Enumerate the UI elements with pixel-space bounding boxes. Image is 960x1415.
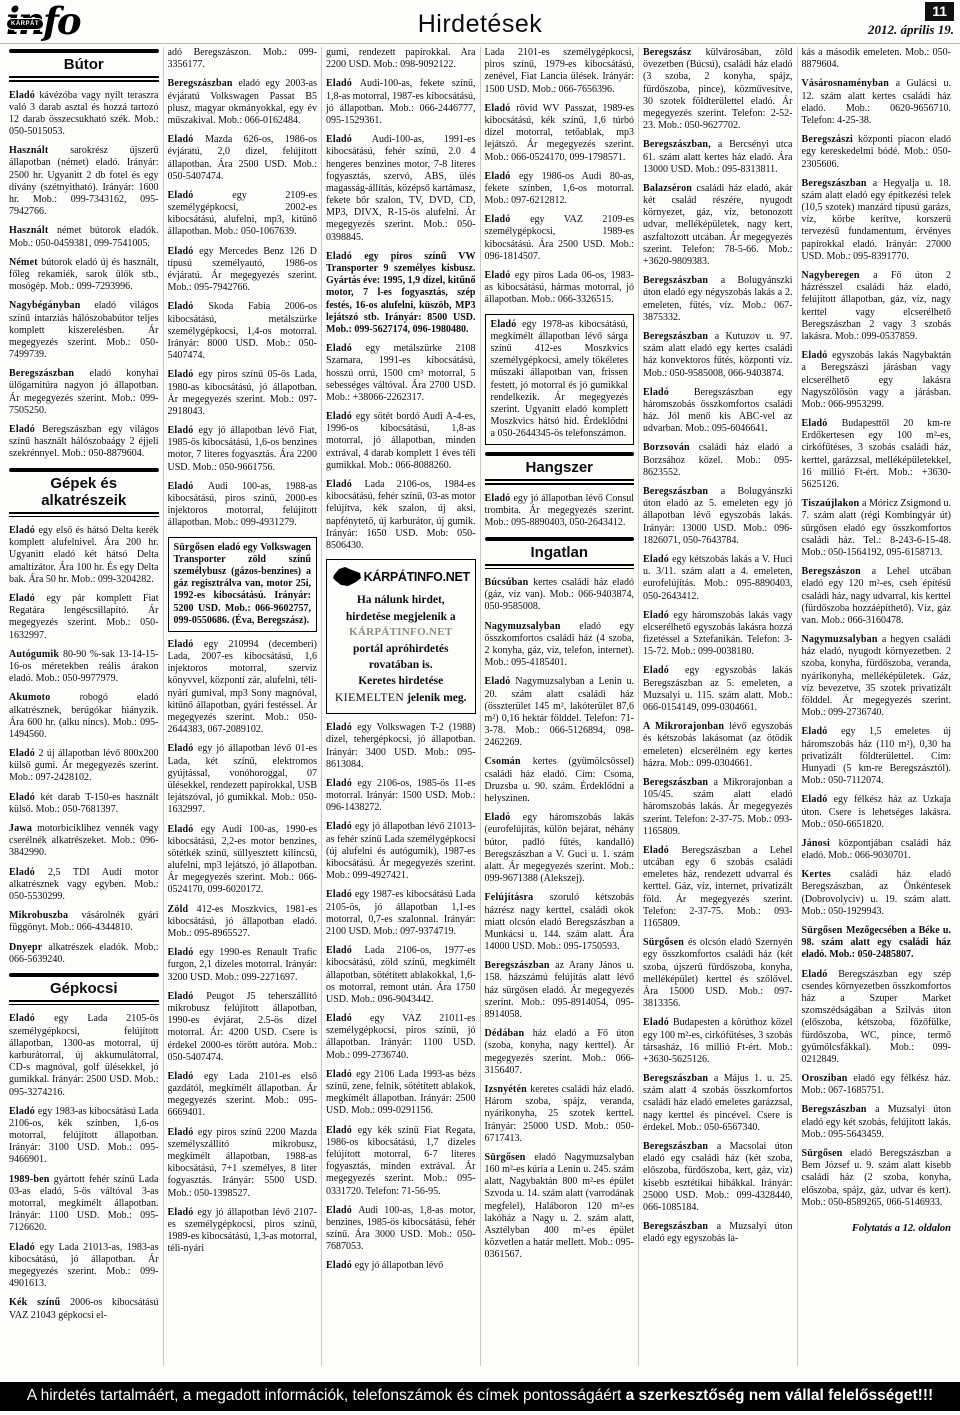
classified-ad: Eladó kávézóba vagy nyílt teraszra való … [9,90,159,139]
column-3: gumi, rendezett papírokkal. Ára 2200 USD… [321,47,480,1366]
classified-ad: kás a második emeleten. Mob.: 050-887960… [802,47,952,71]
ad-lead-word: Zöld [168,904,197,915]
disclaimer-bar: A hirdetés tartalmáért, a megadott infor… [0,1382,960,1411]
section-label: Hangszer [485,458,635,481]
promo-line: KIEMELTEN jelenik meg. [331,691,471,705]
classified-ad: Eladó egy Volkswagen T-2 (1988) dízel, t… [326,722,476,771]
column-2: adó Beregszászon. Mob.: 099-3356177.Bere… [163,47,322,1366]
ad-lead-word: Eladó [168,1207,198,1218]
page-number: 11 [925,2,954,21]
classified-ad: Beregszászban a Kutuzov u. 97. szám alat… [643,331,793,380]
ad-lead-word: Eladó [643,845,681,856]
ad-lead-word: Eladó [168,134,206,145]
ad-lead-word: Jánosi [802,838,839,849]
classified-ad: Beregszászban a Macsolai úton eladó egy … [643,1141,793,1214]
classified-ad: Beregszászi központi piacon eladó egy ke… [802,134,952,171]
ad-lead-word: Eladó [485,676,516,687]
ad-lead-word: Tiszaújlakon [802,498,863,509]
ad-lead-word: Eladó [485,493,514,504]
ad-lead-word: Eladó [168,1071,204,1082]
ad-lead-word: Eladó [168,991,207,1002]
header-right: 11 2012. április 19. [704,2,954,38]
classified-ad: Felújításra szoruló kétszobás házrész na… [485,892,635,953]
ad-lead-word: Eladó [168,369,199,380]
disclaimer-text: A hirdetés tartalmáért, a megadott infor… [27,1387,626,1404]
ad-lead-word: Eladó [168,246,200,257]
classified-ad: Jánosi központjában családi ház eladó. M… [802,838,952,862]
classified-ad: Eladó egy jó állapotban lévő 2107-es sze… [168,1207,318,1256]
ad-lead-word: Dnyepr [9,942,48,953]
classified-ad: Eladó egy jó állapotban lévő 01-es Lada,… [168,743,318,816]
ad-lead-word: Eladó [9,1013,54,1024]
column-6: kás a második emeleten. Mob.: 050-887960… [797,47,956,1366]
classified-ad: Beregszászban a Mikrorajonban a 105/45. … [643,777,793,838]
ad-lead-word: Eladó [643,610,673,621]
ad-lead-word: Beregszászban [643,1073,714,1084]
ad-lead-word: Borzsován [643,442,699,453]
classified-ad: Nagyberegen a Fő úton 2 házrésszel csalá… [802,270,952,343]
ad-lead-word: Használt [9,145,70,156]
ad-lead-word: Eladó [326,722,357,733]
classified-ad: Eladó Lada 2106-os, 1977-es kibocsátású,… [326,945,476,1006]
classified-ad: Eladó egy 1986-os Audi 80-as, fekete szí… [485,171,635,208]
classified-ad: Eladó egy egyszobás lakás Beregszászban … [643,665,793,714]
classified-ad: Eladó Audi-100-as, fekete színű, 1,8-as … [326,78,476,127]
ad-lead-word: Beregszászban [643,486,721,497]
column-1: BútorEladó kávézóba vagy nyílt teraszra … [5,47,163,1366]
ad-lead-word: Eladó [9,424,42,435]
ad-lead-word: Orosziban [802,1073,854,1084]
section-rule-top [9,973,159,977]
promo-logo-text: KÁRPÁTINFO.NET [364,570,470,584]
ad-lead-word: Eladó [9,748,39,759]
classified-ad: Eladó egy jó állapotban lévő Fiat, 1985-… [168,425,318,474]
ad-lead-word: Sürgősen [485,1152,535,1163]
classified-ad: Beregszászban a Május 1. u. 25. szám ala… [643,1073,793,1134]
classified-ad: Dnyepr alkatrészek eladók. Mob.: 066-563… [9,942,159,966]
section-label: Ingatlan [485,543,635,566]
classified-ad: Eladó egy 1987-es kibocsátású Lada 2105-… [326,889,476,938]
ad-lead-word: Eladó [9,593,46,604]
column-4: Lada 2101-es személygépkocsi, piros szín… [480,47,639,1366]
ad-lead-word: Eladó [802,350,833,361]
karpatinfo-net-logo: KÁRPÁTINFO.NET [331,566,471,588]
ad-lead-word: Eladó [802,418,842,429]
ad-lead-word: Beregszászban [643,275,721,286]
classified-ad: Eladó Skoda Fabia 2006-os kibocsátású, m… [168,301,318,362]
column-5: Beregszász külvárosában, zöld övezetben … [638,47,797,1366]
section-label: Bútor [9,55,159,78]
classified-ad: Izsnyétén keretes családi ház eladó. Hár… [485,1084,635,1145]
ad-lead-word: Beregszászban [802,1104,876,1115]
classified-ad: Eladó egy háromszobás lakás (eurofelújít… [485,812,635,885]
classified-ad: Beregszászban a Bolugyánszki úton eladó … [643,275,793,324]
classified-ad: Eladó Mazda 626-os, 1986-os évjáratú, 2,… [168,134,318,183]
page-title: Hirdetések [256,2,704,39]
classified-ad: Mikrobuszba vásárolnék gyári függönyt. M… [9,910,159,934]
classified-ad: Nagybégányban eladó világos színű intarz… [9,300,159,361]
ad-lead-word: Nagymuzsalyban [802,634,882,645]
classified-ad: Eladó egy háromszobás lakás vagy elcseré… [643,610,793,659]
classified-ad: Eladó Audi 100-as, 1,8-as motor, benzine… [326,1205,476,1254]
ad-lead-word: Eladó [326,1125,358,1136]
classified-ad: Eladó egy Mercedes Benz 126 D típusú sze… [168,246,318,295]
section-rule-bottom [9,516,159,518]
page-header: info KÁRPÁT Hirdetések 11 2012. április … [0,0,960,44]
ad-lead-word: Eladó [9,867,48,878]
section-label: Gépek és alkatrészeik [9,474,159,514]
promo-line: hirdetése megjelenik a [331,610,471,624]
classified-ad: Eladó egy kétszobás lakás a V. Huci u. 3… [643,554,793,603]
ad-lead-word: Beregszászban [643,331,715,342]
ad-lead-word: Búcsúban [485,577,534,588]
classified-ad: Beregszászban eladó konyhai ülőgarnitúra… [9,368,159,417]
classified-ad: Eladó egy VAZ 2109-es személygépkocsi, 1… [485,214,635,263]
classified-ad: A Mikrorajonban lévő egyszobás és kétszo… [643,721,793,770]
ad-lead-word: Vásárosnaményban [802,78,896,89]
ad-lead-word: Eladó [643,665,685,676]
classified-ad: Beregszászon a Lehel utcában eladó egy 1… [802,566,952,627]
promo-site: KÁRPÁTINFO.NET [331,626,471,640]
ad-lead-word: Eladó [9,90,39,101]
classified-ad: Eladó egy jó állapotban lévő 21013-as fe… [326,821,476,882]
ad-lead-word: Eladó [168,743,198,754]
classified-ad: Eladó egy 1990-es Renault Trafic furgon,… [168,947,318,984]
ad-lead-word: Eladó [491,319,523,330]
classified-ad: Akumoto robogó eladó alkatrésznek, berúg… [9,692,159,741]
ad-lead-word: Nagyberegen [802,270,874,281]
classified-ad: Eladó egy 210994 (decemberi) Lada, 2007-… [168,639,318,737]
classified-ad: Eladó egy 2106 Lada 1993-as bézs színű, … [326,1069,476,1118]
ad-lead-word: Nagymuzsalyban [485,621,580,632]
ad-lead-word: Eladó [485,171,519,182]
classified-ad: Eladó egy félkész ház az Uzkaja úton. Cs… [802,794,952,831]
classified-ad: Eladó egy 1983-as kibocsátású Lada 2106-… [9,1106,159,1167]
classified-ad: Eladó Beregszászban egy világos színű ha… [9,424,159,461]
boxed-classified-ad: Eladó egy 1978-as kibocsátású, megkímélt… [485,314,635,446]
section-heading-gepkocsi: Gépkocsi [9,973,159,1006]
ad-lead-word: Beregszászban [802,178,873,189]
classified-ad: Balazséron családi ház eladó, akár két c… [643,183,793,268]
ad-lead-word: Eladó [9,1106,38,1117]
ad-lead-word: Beregszászban [9,368,90,379]
ad-lead-word: Eladó [168,481,208,492]
ad-lead-word: Eladó [168,947,200,958]
classified-ad: Eladó egy Lada 21013-as, 1983-as kibocsá… [9,1242,159,1291]
ad-lead-word: Jawa [9,823,37,834]
ad-lead-word: Beregszászban [643,1221,717,1232]
classified-ad: Eladó egy piros színű VW Transporter 9 s… [326,251,476,336]
logo-karpat-badge: KÁRPÁT [6,18,44,30]
ad-lead-word: Német [9,257,41,268]
section-rule-top [485,537,635,541]
classified-ad: Eladó egy kék színű Fiat Regata, 1986-os… [326,1125,476,1198]
classified-ad: Kék színű 2006-os kibocsátású VAZ 21043 … [9,1297,159,1321]
promo-line: Keretes hirdetése [331,674,471,688]
ad-lead-word: Sürgősen [643,937,688,948]
ad-lead-word: Eladó [326,1260,355,1271]
ad-lead-word: Nagybégányban [9,300,94,311]
ad-lead-word: Csomán [485,756,533,767]
classified-ad: Eladó egy 2109-es személygépkocsi, 2002-… [168,190,318,239]
classified-ad: Eladó egy jó állapotban lévő Consul trom… [485,493,635,530]
classified-ad: Búcsúban kertes családi ház eladó (gáz, … [485,577,635,614]
section-heading-hangszer: Hangszer [485,452,635,485]
karpatinfo-promo-box: KÁRPÁTINFO.NETHa nálunk hirdet,hirdetése… [326,559,476,714]
ad-lead-word: Eladó [168,1127,198,1138]
classified-ad: Autógumik 80-90 %-sak 13-14-15-16-os mér… [9,649,159,686]
ad-lead-word: Eladó [326,1013,370,1024]
ad-lead-word: Eladó [802,726,842,737]
continuation-note: Folytatás a 12. oldalon [802,1223,952,1234]
ad-lead-word: Eladó [802,969,839,980]
classified-ad: Eladó egy 1,5 emeletes új háromszobás há… [802,726,952,787]
classified-ad: Eladó egy 2106-os, 1985-ös 11-es motorra… [326,778,476,815]
classified-ad: Beregszászban az Arany János u. 158. ház… [485,960,635,1021]
classified-ad: Eladó egy piros színű 2200 Mazda személy… [168,1127,318,1200]
classified-ad: Beregszász külvárosában, zöld övezetben … [643,47,793,132]
disclaimer-text-bold: a szerkesztőség nem vállal felelősséget!… [626,1387,934,1404]
classified-ad: Eladó Peugot J5 teherszállító mikrobusz … [168,991,318,1064]
section-heading-ingatlan: Ingatlan [485,537,635,570]
ad-lead-word: Beregszászon [802,566,872,577]
classified-ad: Eladó egyszobás lakás Nagybaktán a Bereg… [802,350,952,411]
ad-lead-word: Eladó [326,411,356,422]
classified-ad: Borzsován családi ház eladó a Borzsához … [643,442,793,479]
classified-ad: Kertes családi ház eladó Beregszászban, … [802,869,952,918]
ad-lead-word: Eladó [326,343,366,354]
section-heading-butor: Bútor [9,49,159,82]
classified-ad: Orosziban eladó egy félkész ház. Mob.: 0… [802,1073,952,1097]
classified-ad: Beregszászban a Muzsalyi úton eladó egy … [802,1104,952,1141]
ad-lead-word: Eladó [326,778,357,789]
karpatalja-map-icon [332,566,362,588]
classified-ad: Használt sarokrész újszerű állapotban (n… [9,145,159,218]
classified-ad: Sürgősen eladó Nagymuzsalyban 160 m²-es … [485,1152,635,1262]
section-rule-top [9,468,159,472]
classified-ad: Eladó Beregszászban a Lehel utcában egy … [643,845,793,930]
ad-lead-word: Eladó [326,479,365,490]
section-rule-bottom [485,568,635,570]
section-heading-gepek-es-alkatreszeik: Gépek és alkatrészeik [9,468,159,518]
karpatinfo-logo: info KÁRPÁT [6,2,256,42]
ad-lead-word: Beregszászban [168,78,239,89]
classified-ad: Vásárosnaményban a Gulácsi u. 12. szám a… [802,78,952,127]
ad-lead-word: Eladó [485,103,517,114]
classified-ad: Eladó egy Lada 2101-es első gazdától, me… [168,1071,318,1120]
classified-ad: Eladó Budapesttől 20 km-re Erdőkertesen … [802,418,952,491]
ad-lead-word: Eladó [168,824,201,835]
classified-ad: Tiszaújlakon a Móricz Zsigmond u. 7. szá… [802,498,952,559]
classified-ad: Eladó egy VAZ 21011-es személygépkocsi, … [326,1013,476,1062]
promo-line: rovatában is. [331,658,471,672]
classified-ad: gumi, rendezett papírokkal. Ára 2200 USD… [326,47,476,71]
ad-lead-word: Eladó [326,945,365,956]
boxed-classified-ad: Sürgősen eladó egy Volkswagen Transporte… [168,537,318,632]
ad-lead-word: Eladó [485,214,531,225]
classified-ad: Használt német bútorok eladók. Mob.: 050… [9,225,159,249]
classified-ad: Beregszászban eladó egy 2003-as évjáratú… [168,78,318,127]
ad-lead-word: Eladó [643,1017,673,1028]
ad-lead-word: Eladó [9,1242,40,1253]
classified-ad: Eladó Beregszászban egy háromszobás össz… [643,387,793,436]
classified-ad: Zöld 412-es Moszkvics, 1981-es kibocsátá… [168,904,318,941]
ad-lead-word: Eladó [326,134,372,145]
promo-line: portál apróhirdetés [331,642,471,656]
ad-lead-word: Sürgősen [174,542,218,553]
classified-ad: 1989-ben gyártott fehér színű Lada 03-as… [9,1174,159,1235]
classified-ad: Sürgősen eladó Beregszászban a Bem Józse… [802,1148,952,1209]
section-rule-top [485,452,635,456]
ad-lead-word: Sürgősen [802,1148,851,1159]
ad-lead-word: Beregszászi [802,134,859,145]
ad-lead-word: Dédában [485,1028,533,1039]
section-rule-top [9,49,159,53]
classified-ad: Eladó egy Audi 100-as, 1990-es kibocsátá… [168,824,318,897]
classified-ad: Sürgősen és olcsón eladó Szernyén egy ös… [643,937,793,1010]
classified-ad: Eladó Budapesten a körúthoz közel egy 10… [643,1017,793,1066]
ad-lead-word: Beregszász [643,47,706,58]
classified-ad: Beregszászban a Bolugyánszki úton eladó … [643,486,793,547]
section-label: Gépkocsi [9,979,159,1002]
ad-lead-word: Eladó [9,525,38,536]
ad-lead-word: Eladó [326,1205,358,1216]
ad-lead-word: Eladó [168,190,233,201]
ad-lead-word: Eladó [326,889,355,900]
section-rule-bottom [9,80,159,82]
classified-ad: Eladó Lada 2106-os, 1984-es kibocsátású,… [326,479,476,552]
classified-ad: Eladó rövid WV Passzat, 1989-es kibocsát… [485,103,635,164]
ad-lead-word: Eladó [326,78,360,89]
ad-lead-word: Beregszászban [643,777,713,788]
classified-ad: Eladó két darab T-150-es használt külső.… [9,792,159,816]
classified-ad: Nagymuzsalyban a hegyen családi ház elad… [802,634,952,719]
ad-lead-word: Mikrobuszba [9,910,82,921]
issue-date: 2012. április 19. [868,22,954,38]
classified-ad: Eladó Audi-100-as, 1991-es kibocsátású, … [326,134,476,244]
ad-lead-word: Beregszászban, [643,139,718,150]
ad-lead-word: Eladó [802,794,834,805]
classified-ad: Eladó Beregszászban egy szép csendes kör… [802,969,952,1067]
classified-ad: Eladó egy pár komplett Fiat Regatára len… [9,593,159,642]
ad-lead-word: Eladó [485,812,523,823]
ad-lead-word: Eladó [643,387,694,398]
classified-ad: Beregszászban, a Bercsényi utca 61. szám… [643,139,793,176]
ad-lead-word: Izsnyétén [485,1084,531,1095]
ad-lead-word: Eladó [168,425,199,436]
classified-ad: Dédában ház eladó a Fő úton (szoba, kony… [485,1028,635,1077]
classified-ad: Jawa motorbiciklihez vennék vagy cseréln… [9,823,159,860]
classified-ad: Eladó 2,5 TDI Audi motor alkatrésznek va… [9,867,159,904]
classified-ad: Eladó egy piros színű 05-ös Lada, 1980-a… [168,369,318,418]
classified-ad: Csomán kertes (gyümölcsössel) családi há… [485,756,635,805]
ad-lead-word: Kertes [802,869,851,880]
classified-ad: Eladó egy metálszürke 2108 Szamara, 1991… [326,343,476,404]
section-rule-bottom [485,483,635,485]
ad-lead-word: Eladó [9,792,40,803]
ad-lead-word: Felújításra [485,892,550,903]
classified-ad: Eladó egy piros Lada 06-os, 1983-as kibo… [485,270,635,307]
ad-lead-word: Autógumik [9,649,63,660]
promo-line: Ha nálunk hirdet, [331,593,471,607]
classified-ad: Nagymuzsalyban eladó egy összkomfortos c… [485,621,635,670]
classified-ad: adó Beregszászon. Mob.: 099-3356177. [168,47,318,71]
ad-lead-word: 1989-ben [9,1174,54,1185]
ad-lead-word: Használt [9,225,57,236]
newspaper-page: info KÁRPÁT Hirdetések 11 2012. április … [0,0,960,1415]
ad-lead-word: Akumoto [9,692,80,703]
ad-lead-word: A Mikrorajonban [643,721,729,732]
classified-ad: Eladó 2 új állapotban lévő 800x200 külső… [9,748,159,785]
ad-lead-word: Sürgősen [802,925,847,936]
classified-ad: Eladó Audi 100-as, 1988-as kibocsátású, … [168,481,318,530]
ad-lead-word: Eladó [168,301,209,312]
ad-lead-word: Eladó [326,251,364,262]
section-rule-bottom [9,1004,159,1006]
ad-lead-word: Eladó [326,1069,356,1080]
ad-lead-word: Eladó [643,554,672,565]
classified-ad: Eladó egy sötét bordó Audi A-4-es, 1996-… [326,411,476,472]
classifieds-columns: BútorEladó kávézóba vagy nyílt teraszra … [0,44,960,1366]
classified-ad: Sürgősen Mezőgecsében a Béke u. 98. szám… [802,925,952,962]
ad-lead-word: Beregszászban [485,960,556,971]
ad-lead-word: Eladó [168,639,204,650]
classified-ad: Eladó egy jó állapotban lévő [326,1260,476,1272]
classified-ad: Eladó Nagymuzsalyban a Lenin u. 20. szám… [485,676,635,749]
ad-lead-word: Kék színű [9,1297,70,1308]
classified-ad: Beregszászban a Muzsalyi úton eladó egy … [643,1221,793,1245]
ad-lead-word: Eladó [326,821,355,832]
ad-lead-word: Beregszászban [643,1141,717,1152]
ad-lead-word: Balazséron [643,183,697,194]
classified-ad: Eladó egy első és hátsó Delta kerék komp… [9,525,159,586]
classified-ad: Német bútorok eladó új és használt, főle… [9,257,159,294]
promo-emphasis: KIEMELTEN [335,692,404,704]
classified-ad: Lada 2101-es személygépkocsi, piros szín… [485,47,635,96]
classified-ad: Eladó egy Lada 2105-ös személygépkocsi, … [9,1013,159,1098]
ad-lead-word: Eladó [485,270,515,281]
classified-ad: Beregszászban a Hegyalja u. 18. szám ala… [802,178,952,263]
